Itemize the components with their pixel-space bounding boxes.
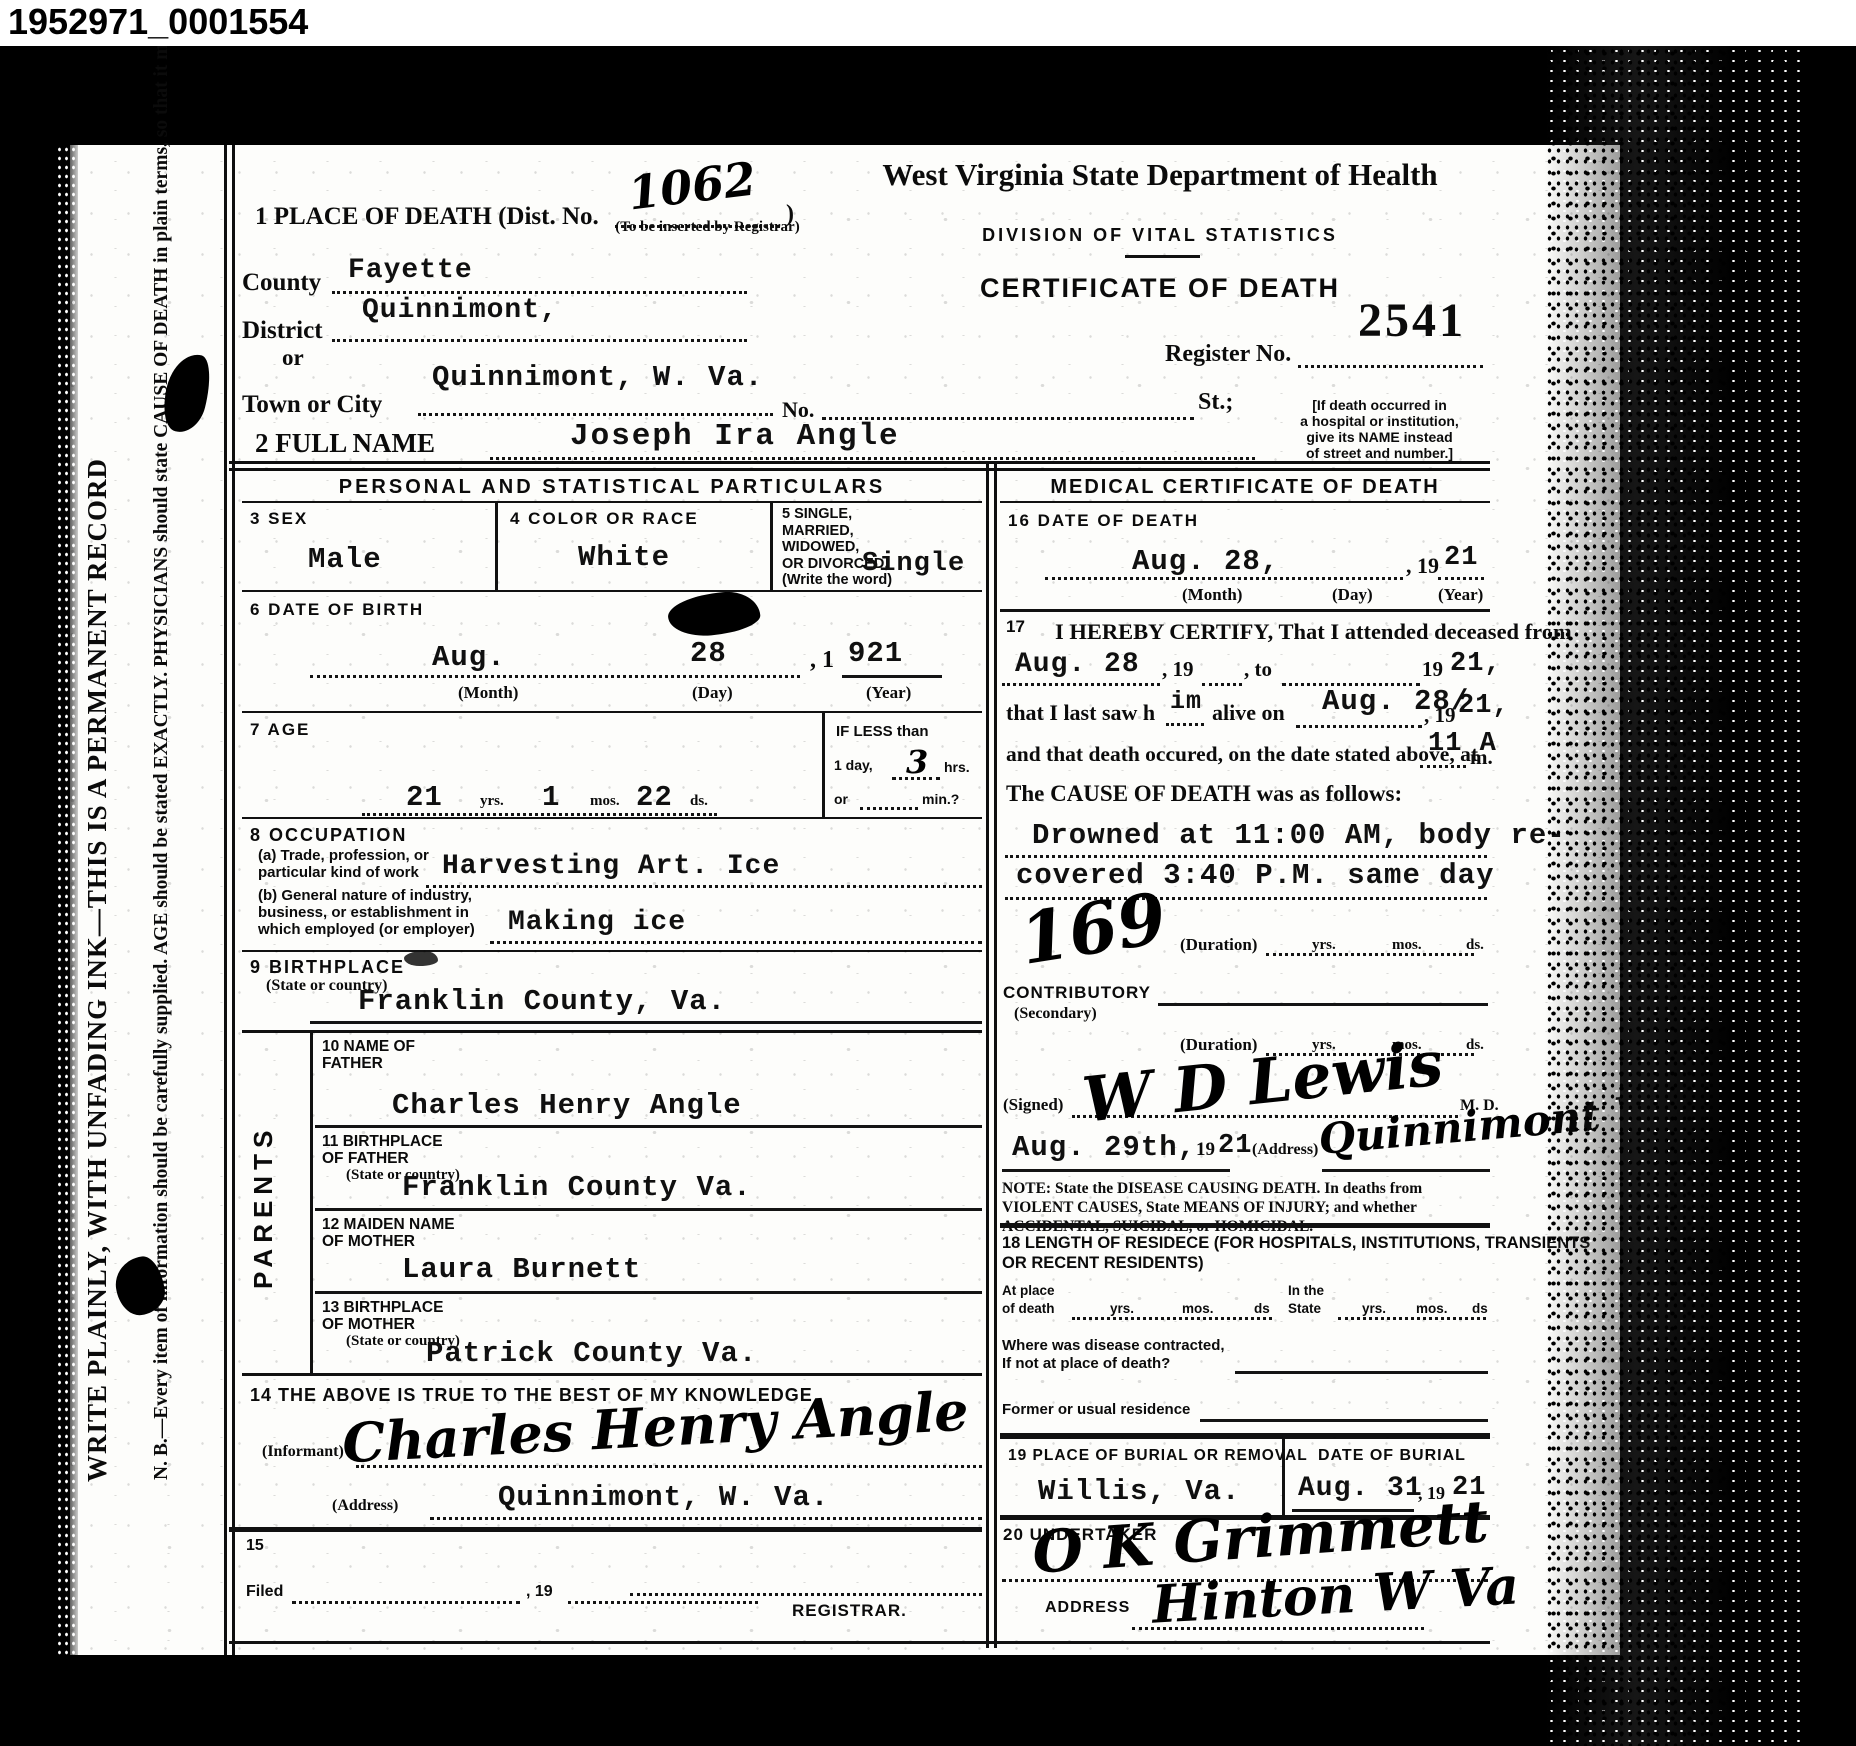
rule <box>242 1030 982 1033</box>
dod-month-caption: (Month) <box>1182 585 1242 605</box>
dob-year-prefix: , 1 <box>810 647 834 674</box>
left-section-header: PERSONAL AND STATISTICAL PARTICULARS <box>242 476 982 499</box>
column-divider <box>986 461 997 1648</box>
scan-id-label: 1952971_0001554 <box>8 1 308 43</box>
line <box>315 1291 982 1294</box>
dotted-line <box>430 1517 982 1520</box>
dod-year-prefix: , 19 <box>1406 553 1439 579</box>
cause-of-death-label: The CAUSE OF DEATH was as follows: <box>1006 781 1402 807</box>
dotted-line <box>490 457 1255 460</box>
signed-date-19: 19 <box>1196 1139 1215 1161</box>
item-15-label: 15 <box>246 1537 264 1555</box>
district-value: Quinnimont, <box>362 295 558 326</box>
length-of-residence-label: 18 LENGTH OF RESIDECE (FOR HOSPITALS, IN… <box>1002 1233 1590 1273</box>
former-residence-label: Former or usual residence <box>1002 1401 1190 1418</box>
father-birthplace-label: 11 BIRTHPLACE OF FATHER <box>322 1133 443 1167</box>
signed-address-label: (Address) <box>1252 1141 1318 1159</box>
res-yrs2-label: yrs. <box>1362 1301 1386 1316</box>
mother-birthplace-label: 13 BIRTHPLACE OF MOTHER <box>322 1299 443 1333</box>
certificate-title: CERTIFICATE OF DEATH <box>910 273 1410 304</box>
line <box>310 1021 982 1024</box>
attended-from-value: Aug. 28 <box>1015 649 1140 680</box>
department-title: West Virginia State Department of Health <box>810 157 1510 193</box>
dotted-line <box>860 807 918 810</box>
dotted-line <box>630 1593 982 1596</box>
at-place-label: At place <box>1002 1283 1055 1298</box>
dotted-line <box>1420 765 1466 768</box>
dob-day-caption: (Day) <box>692 683 733 703</box>
district-label: District <box>242 317 323 345</box>
res-ds-label: ds <box>1254 1301 1270 1316</box>
father-birthplace-value: Franklin County Va. <box>402 1171 752 1204</box>
in-the-label: In the <box>1288 1283 1324 1298</box>
res-ds2-label: ds <box>1472 1301 1488 1316</box>
state-label: State <box>1288 1301 1321 1316</box>
rule <box>242 1373 982 1376</box>
dob-year-value: 921 <box>848 637 903 670</box>
scanned-death-certificate: 1952971_0001554 WRITE PLAINLY, WITH UNFA… <box>0 0 1856 1746</box>
place-of-burial-value: Willis, Va. <box>1038 1475 1240 1508</box>
filed-label: Filed <box>246 1583 283 1601</box>
signed-date-year: 21 <box>1218 1131 1252 1161</box>
age-label: 7 AGE <box>250 720 310 740</box>
birthplace-label: 9 BIRTHPLACE <box>250 957 405 978</box>
lastsaw-pre: that I last saw h <box>1006 700 1155 726</box>
dotted-line <box>1045 577 1403 580</box>
rule <box>242 711 982 713</box>
filed-year-label: , 19 <box>526 1583 553 1601</box>
line <box>1158 1003 1488 1006</box>
birthplace-value: Franklin County, Va. <box>358 985 726 1018</box>
county-label: County <box>242 269 321 297</box>
place-of-burial-label: 19 PLACE OF BURIAL OR REMOVAL <box>1008 1447 1308 1465</box>
informant-address-value: Quinnimont, W. Va. <box>498 1481 829 1514</box>
signed-label: (Signed) <box>1003 1095 1063 1115</box>
place-of-death-label: 1 PLACE OF DEATH (Dist. No. <box>255 203 599 231</box>
dotted-line <box>292 1601 520 1604</box>
ink-smudge <box>404 951 438 966</box>
dotted-line <box>892 777 940 780</box>
dotted-line <box>568 1601 758 1604</box>
dob-month-caption: (Month) <box>458 683 518 703</box>
parents-divider <box>310 1033 313 1375</box>
attended-to-label: , to <box>1244 657 1272 682</box>
dotted-line <box>362 813 717 816</box>
certify-line1: I HEREBY CERTIFY, That I attended deceas… <box>1055 619 1572 645</box>
date-of-death-value: Aug. 28, <box>1132 545 1279 578</box>
rule <box>242 950 982 952</box>
death-occured-line: and that death occured, on the date stat… <box>1006 742 1478 767</box>
street-label: St.; <box>1198 389 1233 416</box>
dotted-line <box>310 675 800 678</box>
certificate-page: WRITE PLAINLY, WITH UNFADING INK—THIS IS… <box>70 145 1620 1655</box>
line <box>1235 1371 1488 1374</box>
line <box>1200 1419 1488 1422</box>
age-ds-label: ds. <box>690 793 708 810</box>
duration-ds-label: ds. <box>1466 937 1484 954</box>
rule <box>1000 501 1490 503</box>
right-section-header: MEDICAL CERTIFICATE OF DEATH <box>1000 476 1490 499</box>
age-yrs-label: yrs. <box>480 793 504 810</box>
dotted-line <box>1005 855 1487 858</box>
certify-number: 17 <box>1006 617 1025 637</box>
min-label: min.? <box>922 791 959 807</box>
res-yrs-label: yrs. <box>1110 1301 1134 1316</box>
parents-vertical-label: PARENTS <box>248 1107 292 1307</box>
if-less-day-label: 1 day, <box>834 757 873 773</box>
cause-line1-value: Drowned at 11:00 AM, body re- <box>1032 819 1566 852</box>
cell-divider <box>770 503 773 590</box>
dotted-line <box>490 941 982 944</box>
or-label: or <box>834 791 848 807</box>
mother-birthplace-value: Patrick County Va. <box>426 1337 757 1370</box>
date-of-burial-label: DATE OF BURIAL <box>1318 1447 1466 1465</box>
register-number-label: Register No. <box>1165 341 1291 368</box>
marital-value: Single <box>862 549 965 579</box>
duration-label: (Duration) <box>1180 935 1257 955</box>
race-label: 4 COLOR OR RACE <box>510 509 699 529</box>
heavy-rule <box>1000 1433 1490 1439</box>
dotted-line <box>426 885 982 888</box>
rule <box>242 501 982 503</box>
occupation-a-value: Harvesting Art. Ice <box>442 851 780 882</box>
dotted-line <box>1296 725 1422 728</box>
rule <box>242 590 982 592</box>
dotted-line <box>332 291 747 294</box>
death-hour-m-label: m. <box>1470 745 1493 770</box>
attended-to-year: 21, <box>1450 649 1502 679</box>
district-or-label: or <box>282 345 304 371</box>
line <box>1002 1169 1230 1172</box>
form-bottom-rule <box>229 1641 1490 1644</box>
register-number-value: 2541 <box>1358 293 1466 348</box>
margin-warning-text: WRITE PLAINLY, WITH UNFADING INK—THIS IS… <box>82 335 136 1605</box>
age-months-value: 1 <box>542 781 560 814</box>
registrar-label: REGISTRAR. <box>792 1601 907 1621</box>
dotted-line <box>1202 683 1242 686</box>
res-mos2-label: mos. <box>1416 1301 1448 1316</box>
of-death-label: of death <box>1002 1301 1055 1316</box>
sex-value: Male <box>308 543 382 576</box>
attended-from-19: , 19 <box>1162 657 1194 682</box>
occupation-b-label: (b) General nature of industry, business… <box>258 887 475 938</box>
where-contracted-label: Where was disease contracted, If not at … <box>1002 1337 1225 1373</box>
place-of-death-subcaption: (To be inserted by Registrar) <box>610 219 805 236</box>
lastsaw-year-value: 21, <box>1458 691 1510 721</box>
cell-divider <box>822 711 825 817</box>
county-value: Fayette <box>348 255 473 286</box>
full-name-value: Joseph Ira Angle <box>570 419 900 454</box>
dotted-line <box>1338 1317 1486 1320</box>
section-double-rule <box>229 461 1490 471</box>
occupation-b-value: Making ice <box>508 907 686 938</box>
cell-divider <box>495 503 498 590</box>
dotted-line <box>418 413 773 416</box>
line <box>315 1125 982 1128</box>
race-value: White <box>578 541 670 574</box>
town-or-city-value: Quinnimont, W. Va. <box>432 361 763 394</box>
hrs-label: hrs. <box>944 759 970 775</box>
if-less-hrs-value: 3 <box>906 743 928 781</box>
occupation-a-label: (a) Trade, profession, or particular kin… <box>258 847 429 881</box>
mother-name-value: Laura Burnett <box>402 1253 641 1286</box>
age-mos-label: mos. <box>590 793 620 810</box>
contributory-label: CONTRIBUTORY <box>1003 983 1151 1003</box>
rule <box>1000 609 1490 612</box>
division-title: DIVISION OF VITAL STATISTICS <box>910 225 1410 246</box>
duration-yrs-label: yrs. <box>1312 937 1336 954</box>
line <box>315 1208 982 1211</box>
duration-mos-label: mos. <box>1392 937 1422 954</box>
dob-month-value: Aug. <box>432 641 506 674</box>
form-left-double-rule <box>224 145 235 1655</box>
ink-blot <box>666 589 761 639</box>
hospital-note: [If death occurred in a hospital or inst… <box>1272 397 1487 461</box>
dotted-line <box>1298 365 1483 368</box>
duration2-ds-label: ds. <box>1466 1037 1484 1054</box>
lastsaw-im-value: im <box>1170 687 1202 716</box>
attended-to-19: 19 <box>1422 657 1443 682</box>
line <box>842 675 942 678</box>
father-name-value: Charles Henry Angle <box>392 1089 742 1122</box>
dob-year-caption: (Year) <box>866 683 911 703</box>
undertaker-address-label: ADDRESS <box>1045 1599 1130 1617</box>
dod-year-caption: (Year) <box>1438 585 1483 605</box>
division-underline <box>1125 255 1200 258</box>
date-of-birth-label: 6 DATE OF BIRTH <box>250 600 424 620</box>
page-torn-edge <box>56 145 78 1655</box>
dotted-line <box>1166 723 1204 726</box>
dod-day-caption: (Day) <box>1332 585 1373 605</box>
line <box>1322 1169 1490 1172</box>
dotted-line <box>1438 577 1484 580</box>
lastsaw-19: , 19 <box>1424 703 1456 728</box>
age-days-value: 22 <box>636 781 673 814</box>
lastsaw-post: alive on <box>1212 700 1285 726</box>
full-name-label: 2 FULL NAME <box>255 428 435 459</box>
if-less-label: IF LESS than <box>836 723 929 740</box>
age-years-value: 21 <box>406 781 443 814</box>
contributory-subcaption: (Secondary) <box>1014 1005 1097 1023</box>
dotted-line <box>1072 1317 1272 1320</box>
heavy-rule <box>229 1527 982 1532</box>
father-name-label: 10 NAME OF FATHER <box>322 1038 415 1072</box>
dod-year-value: 21 <box>1444 543 1478 573</box>
scan-noise-band <box>1545 46 1805 1746</box>
informant-address-label: (Address) <box>332 1497 398 1515</box>
rule <box>242 817 982 819</box>
occupation-label: 8 OCCUPATION <box>250 825 407 846</box>
district-number-value: 1062 <box>625 151 759 220</box>
mother-name-label: 12 MAIDEN NAME OF MOTHER <box>322 1216 455 1250</box>
dob-day-value: 28 <box>690 637 727 670</box>
town-or-city-label: Town or City <box>242 391 382 419</box>
scan-header-strip: 1952971_0001554 <box>0 0 1856 46</box>
heavy-rule <box>1000 1223 1490 1228</box>
sex-label: 3 SEX <box>250 509 308 529</box>
dotted-line <box>332 339 747 342</box>
dotted-line <box>1266 953 1474 956</box>
signed-date-value: Aug. 29th, <box>1012 1131 1196 1164</box>
informant-label: (Informant) <box>262 1443 344 1461</box>
date-of-death-label: 16 DATE OF DEATH <box>1008 511 1199 531</box>
dotted-line <box>1002 683 1160 686</box>
res-mos-label: mos. <box>1182 1301 1214 1316</box>
